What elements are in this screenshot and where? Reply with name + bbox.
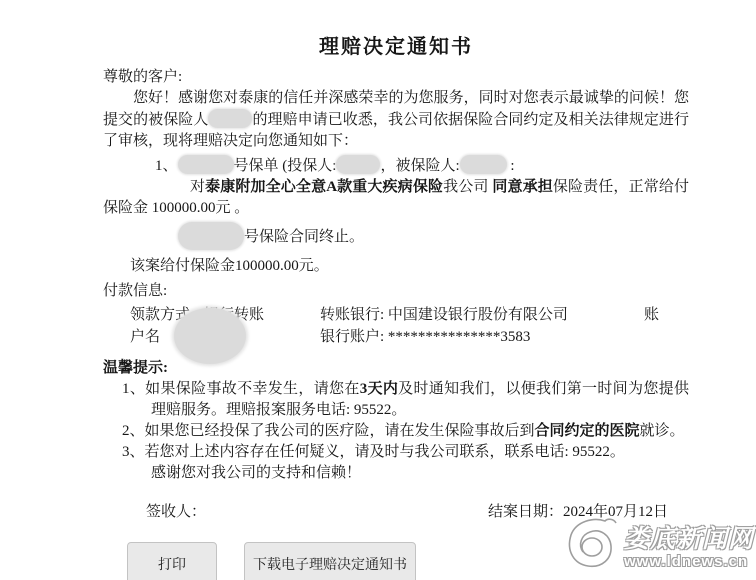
bank-account-label: 银行账户: (320, 329, 384, 345)
tip-3-before: 若您对上述内容存在任何疑义，请及时与我公司联系，联系电话: 95522。 (145, 444, 625, 460)
transfer-bank-label: 转账银行: (320, 307, 384, 323)
coverage-prefix: 对 (190, 179, 205, 195)
watermark-text: 娄底新闻网 www.ldnews.cn (624, 519, 754, 570)
transfer-bank: 转账银行: 中国建设银行股份有限公司 (320, 304, 689, 326)
close-date-label: 结案日期： (488, 504, 563, 520)
termination-text: 号保险合同终止。 (244, 229, 364, 245)
tip-item-2: 2、如果您已经投保了我公司的医疗险，请在发生保险事故后到合同约定的医院就诊。 (103, 421, 689, 442)
tip-1-bold: 3天内 (360, 381, 398, 397)
company-mid: 我公司 (443, 179, 492, 195)
payment-info-block: 领款方式银行转账 转账银行: 中国建设银行股份有限公司 账 户名 银行账户: *… (130, 304, 689, 348)
tip-2-bold: 合同约定的医院 (535, 423, 640, 439)
payment-heading: 付款信息: (103, 281, 689, 302)
coverage-paragraph: 对泰康附加全心全意A款重大疾病保险我公司 同意承担保险责任，正常给付保险金 10… (103, 177, 689, 219)
print-button[interactable]: 打印 (127, 542, 217, 580)
loudi-news-logo-icon (564, 515, 622, 574)
redaction-blob-contract-number (178, 222, 244, 250)
redaction-blob-insured-name (208, 109, 252, 128)
watermark-site-name: 娄底新闻网 (624, 519, 754, 555)
tip-item-1: 1、如果保险事故不幸发生，请您在3天内及时通知我们，以便我们第一时间为您提供理赔… (103, 379, 689, 421)
thanks-line: 感谢您对我公司的支持和信赖！ (103, 463, 689, 484)
intro-paragraph: 您好！感谢您对泰康的信任并深感荣幸的为您服务，同时对您表示最诚挚的问候！您提交的… (103, 88, 689, 152)
termination-line: 号保险合同终止。 (178, 222, 689, 252)
redaction-blob-policyholder (336, 155, 380, 174)
policy-line: 1、号保单 (投保人:，被保险人: : (155, 155, 689, 177)
agree-undertake-bold: 同意承担 (492, 179, 553, 195)
tip-2-before: 如果您已经投保了我公司的医疗险，请在发生保险事故后到 (145, 423, 535, 439)
bank-account: 银行账户: ***************3583 (320, 326, 689, 348)
account-name-wrap-char: 账 (644, 304, 659, 326)
tip-2-number: 2、 (122, 423, 145, 439)
watermark: 娄底新闻网 www.ldnews.cn (564, 515, 754, 574)
redaction-blob-account-name (174, 308, 246, 364)
document-content: 理赔决定通知书 尊敬的客户: 您好！感谢您对泰康的信任并深感荣幸的为您服务，同时… (103, 0, 689, 580)
bank-account-value: ***************3583 (388, 329, 531, 345)
watermark-site-url: www.ldnews.cn (624, 553, 754, 570)
claim-notice-page: 理赔决定通知书 尊敬的客户: 您好！感谢您对泰康的信任并深感荣幸的为您服务，同时… (0, 0, 756, 580)
tip-1-number: 1、 (122, 381, 145, 397)
insured-label: ，被保险人: (380, 158, 459, 174)
download-notice-button[interactable]: 下载电子理赔决定通知书 (244, 542, 416, 580)
policy-line-end: : (507, 158, 515, 174)
salutation: 尊敬的客户: (103, 67, 689, 88)
policy-suffix: 号保单 (投保人: (234, 158, 337, 174)
policy-item-number: 1、 (155, 158, 178, 174)
transfer-bank-value: 中国建设银行股份有限公司 (388, 307, 568, 323)
tip-item-3: 3、若您对上述内容存在任何疑义，请及时与我公司联系，联系电话: 95522。 (103, 442, 689, 463)
page-title: 理赔决定通知书 (103, 30, 689, 59)
tip-2-after: 就诊。 (640, 423, 685, 439)
tip-1-before: 如果保险事故不幸发生，请您在 (145, 381, 360, 397)
redaction-blob-insured (460, 155, 507, 174)
product-name-bold: 泰康附加全心全意A款重大疾病保险 (205, 179, 443, 195)
account-name-label: 户名 (130, 329, 160, 345)
tip-3-number: 3、 (122, 444, 145, 460)
total-payout-line: 该案给付保险金100000.00元。 (130, 256, 689, 277)
sign-label: 签收人： (146, 504, 206, 520)
tips-heading: 温馨提示: (103, 358, 689, 379)
redaction-blob-policy-number (178, 155, 234, 174)
